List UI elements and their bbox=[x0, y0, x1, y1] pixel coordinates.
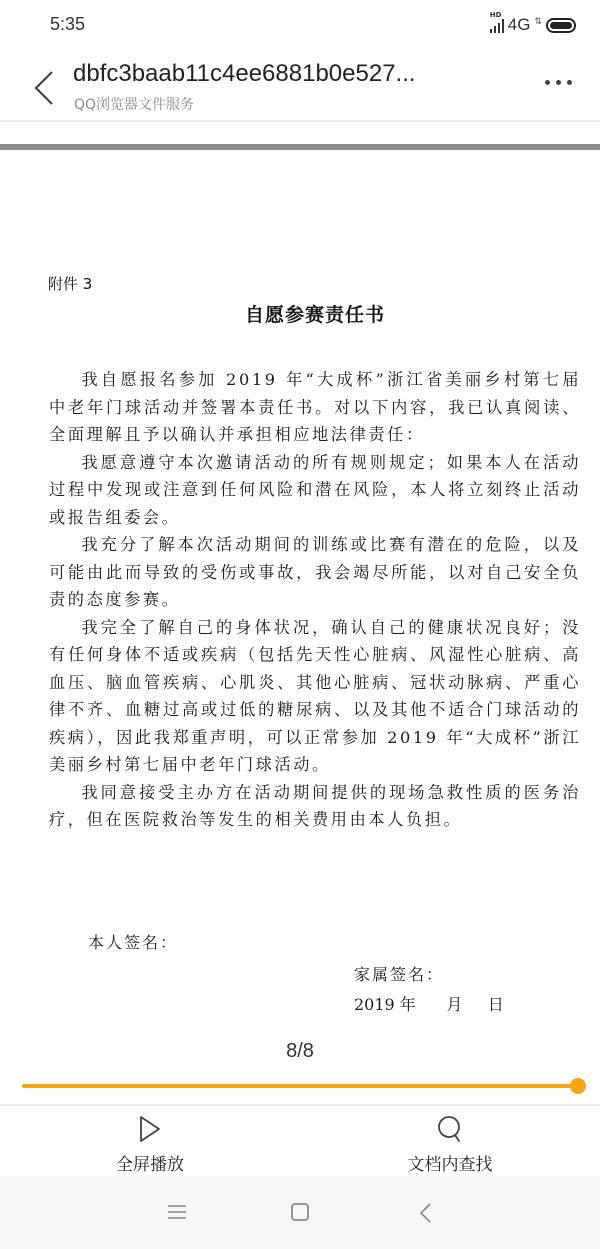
slider-track[interactable] bbox=[22, 1084, 578, 1088]
document-page[interactable]: 附件 3 自愿参赛责任书 我自愿报名参加 2019 年“大成杯”浙江省美丽乡村第… bbox=[0, 150, 600, 1050]
menu-icon bbox=[167, 1202, 187, 1222]
self-signature-label: 本人签名： bbox=[88, 930, 178, 953]
paragraph: 我自愿报名参加 2019 年“大成杯”浙江省美丽乡村第七届中老年门球活动并签署本… bbox=[49, 366, 581, 449]
home-icon bbox=[290, 1202, 310, 1222]
play-icon bbox=[137, 1114, 163, 1144]
page-slider[interactable] bbox=[22, 1078, 586, 1098]
more-horizontal-icon bbox=[545, 80, 550, 85]
hd-badge: HD bbox=[490, 11, 502, 19]
system-back-button[interactable] bbox=[418, 1202, 434, 1228]
fullscreen-play-button[interactable]: 全屏播放 bbox=[90, 1114, 210, 1175]
slider-thumb[interactable] bbox=[570, 1078, 586, 1094]
data-arrows-icon: ⇅ bbox=[534, 17, 542, 27]
network-type: 4G bbox=[508, 15, 531, 35]
signal-icon: HD bbox=[490, 17, 504, 33]
paragraph: 我愿意遵守本次邀请活动的所有规则规定；如果本人在活动过程中发现或注意到任何风险和… bbox=[49, 449, 581, 532]
menu-button[interactable] bbox=[167, 1202, 187, 1226]
back-button[interactable] bbox=[30, 68, 60, 108]
fullscreen-play-label: 全屏播放 bbox=[90, 1150, 210, 1175]
search-icon bbox=[435, 1114, 465, 1144]
attachment-label: 附件 3 bbox=[48, 273, 92, 294]
back-icon bbox=[418, 1202, 434, 1224]
document-body: 我自愿报名参加 2019 年“大成杯”浙江省美丽乡村第七届中老年门球活动并签署本… bbox=[49, 366, 581, 834]
file-title: dbfc3baab11c4ee6881b0e527... bbox=[73, 60, 416, 88]
status-bar: 5:35 HD 4G ⇅ bbox=[0, 0, 600, 52]
date-line: 2019 年 月 日 bbox=[354, 992, 504, 1015]
bottom-toolbar: 全屏播放 文档内查找 bbox=[0, 1104, 600, 1176]
file-source: QQ浏览器文件服务 bbox=[74, 94, 194, 114]
family-signature-label: 家属签名： bbox=[354, 962, 444, 985]
home-button[interactable] bbox=[290, 1202, 310, 1226]
chevron-left-icon bbox=[30, 68, 60, 108]
paragraph: 我同意接受主办方在活动期间提供的现场急救性质的医务治疗，但在医院救治等发生的相关… bbox=[49, 779, 581, 834]
status-time: 5:35 bbox=[50, 14, 85, 35]
document-title: 自愿参赛责任书 bbox=[0, 300, 600, 327]
page-indicator: 8/8 bbox=[0, 1040, 600, 1063]
system-nav-bar bbox=[0, 1176, 600, 1249]
paragraph: 我充分了解本次活动期间的训练或比赛有潜在的危险，以及可能由此而导致的受伤或事故，… bbox=[49, 531, 581, 614]
paragraph: 我完全了解自己的身体状况，确认自己的健康状况良好；没有任何身体不适或疾病（包括先… bbox=[49, 614, 581, 779]
app-header: dbfc3baab11c4ee6881b0e527... QQ浏览器文件服务 bbox=[0, 52, 600, 122]
find-in-document-button[interactable]: 文档内查找 bbox=[390, 1114, 510, 1175]
status-icons: HD 4G ⇅ bbox=[490, 14, 576, 36]
find-in-document-label: 文档内查找 bbox=[390, 1150, 510, 1175]
battery-icon bbox=[546, 18, 576, 33]
more-button[interactable] bbox=[545, 80, 572, 85]
